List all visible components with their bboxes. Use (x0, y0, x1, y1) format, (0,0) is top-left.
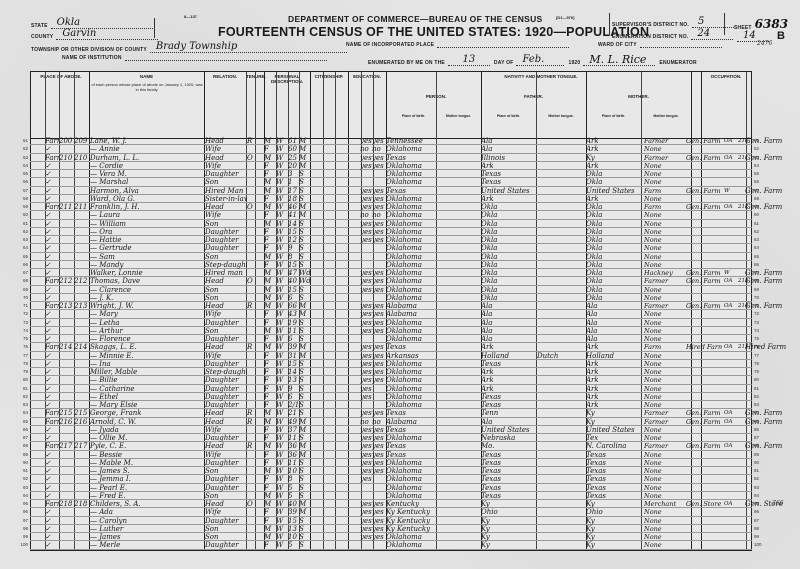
cell-marital: M (299, 211, 310, 219)
cell-street: ✓ (45, 525, 59, 533)
line-number-right: 93 (754, 485, 759, 490)
cell-age: 18 (288, 195, 299, 203)
cell-occupation: None (644, 376, 684, 384)
cell-read: yes (360, 467, 372, 475)
line-number-right: 78 (754, 361, 759, 366)
cell-race: W (276, 277, 287, 285)
cell-sex: M (264, 500, 275, 508)
cell-street: ✓ (45, 294, 59, 302)
cell-street: ✓ (45, 533, 59, 541)
cell-sex: M (264, 409, 275, 417)
cell-race: W (276, 459, 287, 467)
cell-relation: Son (205, 492, 247, 500)
line-number: 52 (14, 146, 28, 151)
cell-sex: F (264, 211, 275, 219)
cell-dwelling: 215 (59, 409, 73, 417)
cell-street: ✓ (45, 517, 59, 525)
cell-marital: S (299, 187, 310, 195)
line-number: 60 (14, 212, 28, 217)
cell-read: yes (360, 319, 372, 327)
cell-occupation: Farmer (644, 277, 684, 285)
line-number: 51 (14, 138, 28, 143)
cell-street: ✓ (45, 360, 59, 368)
form-code: [D1—976] (556, 15, 574, 20)
cell-name: — Arthur (90, 327, 202, 335)
cell-mother-bp: Tex (586, 434, 638, 442)
cell-race: W (276, 508, 287, 516)
line-number: 74 (14, 328, 28, 333)
cell-sex: F (264, 385, 275, 393)
cell-marital: Wd (299, 269, 310, 277)
cell-read: yes (360, 442, 372, 450)
cell-race: W (276, 434, 287, 442)
cell-read: yes (360, 451, 372, 459)
cell-occupation: None (644, 253, 684, 261)
sheet-bracket (724, 13, 725, 35)
person-birth-header: Place of birth. (391, 114, 436, 118)
cell-marital: S (299, 525, 310, 533)
line-number: 79 (14, 369, 28, 374)
cell-father-tongue: Dutch (537, 352, 583, 360)
cell-name: — Minnie E. (90, 352, 202, 360)
cell-employer: OA (724, 343, 736, 351)
cell-tenure: R (247, 343, 256, 351)
cell-family: 213 (74, 302, 88, 310)
cell-street: ✓ (45, 484, 59, 492)
cell-name: Childers, S. A. (90, 500, 202, 508)
cell-relation: Son (205, 220, 247, 228)
cell-sex: M (264, 442, 275, 450)
cell-father-bp: Ark (481, 368, 533, 376)
census-sheet: STATE Okla COUNTY Garvin TOWNSHIP OR OTH… (0, 0, 800, 569)
cell-age: 19 (288, 319, 299, 327)
cell-name: — Ollie M. (90, 434, 202, 442)
cell-marital: S (299, 360, 310, 368)
cell-mother-bp: Okla (586, 286, 638, 294)
cell-sex: F (264, 475, 275, 483)
line-number: 62 (14, 229, 28, 234)
cell-marital: M (299, 508, 310, 516)
cell-industry: Gen. Farm (686, 269, 722, 277)
cell-write: yes (372, 409, 384, 417)
cell-race: W (276, 442, 287, 450)
cell-birthplace: Arkansas (386, 352, 434, 360)
cell-age: 15 (288, 286, 299, 294)
cell-sex: F (264, 261, 275, 269)
cell-father-bp: Ala (481, 302, 533, 310)
cell-name: — Annie (90, 145, 202, 153)
cell-street: ✓ (45, 401, 59, 409)
cell-age: 17 (288, 187, 299, 195)
cell-age: 10 (288, 533, 299, 541)
father-birth-header: Place of birth. (481, 114, 536, 118)
cell-marital: S (299, 228, 310, 236)
sheet-number-field: 14 B (737, 30, 785, 42)
cell-name: — Catharine (90, 385, 202, 393)
cell-occupation: None (644, 261, 684, 269)
cell-mother-bp: N. Carolina (586, 442, 638, 450)
enumerator-name: M. L. Rice (583, 55, 655, 66)
cell-read: yes (360, 352, 372, 360)
line-number: 87 (14, 435, 28, 440)
cell-industry: Gen. Farm (686, 277, 722, 285)
cell-father-bp: Texas (481, 475, 533, 483)
cell-tenure: O (247, 277, 256, 285)
cell-marital: S (299, 533, 310, 541)
cell-industry: Gen. Farm (745, 187, 782, 195)
cell-mother-bp: Ark (586, 385, 638, 393)
cell-birthplace: Oklahoma (386, 211, 434, 219)
cell-birthplace: Oklahoma (386, 145, 434, 153)
cell-birthplace: Texas (386, 187, 434, 195)
group-education: EDUCATION. (348, 74, 386, 79)
line-number: 80 (14, 377, 28, 382)
line-number: 85 (14, 419, 28, 424)
cell-street: ✓ (45, 475, 59, 483)
cell-occupation: None (644, 434, 684, 442)
enumerated-field: ENUMERATED BY ME ON THE 13 DAY OF Feb. 1… (368, 55, 700, 66)
group-personal: PERSONAL DESCRIPTION. (264, 74, 310, 84)
cell-street: ✓ (45, 352, 59, 360)
line-number-right: 92 (754, 476, 759, 481)
form-number: 8—137 (184, 14, 197, 19)
cell-mother-bp: Holland (586, 352, 638, 360)
cell-birthplace: Oklahoma (386, 170, 434, 178)
line-number: 84 (14, 410, 28, 415)
cell-employer: OA (724, 409, 736, 417)
cell-race: W (276, 253, 287, 261)
cell-father-bp: Ala (481, 145, 533, 153)
cell-name: Miller, Mable (90, 368, 202, 376)
cell-marital: S (299, 467, 310, 475)
group-name-sub: of each person whose place of abode on J… (91, 82, 203, 92)
mother-tongue-header: Mother tongue. (641, 114, 691, 118)
cell-street: ✓ (45, 261, 59, 269)
cell-street: Farm (45, 277, 59, 285)
cell-race: W (276, 525, 287, 533)
cell-marital: S (299, 368, 310, 376)
cell-occupation: None (644, 368, 684, 376)
cell-marital: S (299, 319, 310, 327)
cell-name: Pyle, C. E. (90, 442, 202, 450)
line-number-right: 90 (754, 460, 759, 465)
line-number-right: 54 (754, 163, 759, 168)
cell-name: — Mary (90, 310, 202, 318)
cell-age: 46 (288, 203, 299, 211)
cell-sex: M (264, 154, 275, 162)
cell-tenure: R (247, 442, 256, 450)
cell-occupation: None (644, 541, 684, 549)
cell-age: 9 (288, 385, 299, 393)
line-number: 57 (14, 188, 28, 193)
line-number-right: 70 (754, 295, 759, 300)
cell-age: 5 (288, 541, 299, 549)
cell-sex: F (264, 401, 275, 409)
cell-mother-bp: Ark (586, 401, 638, 409)
cell-relation: Son (205, 533, 247, 541)
cell-write: yes (372, 195, 384, 203)
cell-father-bp: Ky (481, 517, 533, 525)
cell-mother-bp: United States (586, 426, 638, 434)
cell-dwelling: 216 (59, 418, 73, 426)
cell-street: ✓ (45, 492, 59, 500)
cell-marital: S (299, 178, 310, 186)
cell-sex: F (264, 335, 275, 343)
cell-father-bp: Texas (481, 393, 533, 401)
cell-street: ✓ (45, 393, 59, 401)
cell-age: 25 (288, 154, 299, 162)
cell-race: W (276, 310, 287, 318)
cell-age: 40 (288, 277, 299, 285)
line-number: 83 (14, 402, 28, 407)
line-number-right: 79 (754, 369, 759, 374)
enumeration-value: 24 (691, 29, 733, 40)
sheet-number: 14 (737, 31, 769, 42)
cell-name: Skaggs, L. E. (90, 343, 202, 351)
line-number-right: 100 (754, 542, 762, 547)
cell-occupation: Farmer (644, 302, 684, 310)
cell-sex: M (264, 187, 275, 195)
line-number-right: 96 (754, 509, 759, 514)
cell-marital: S (299, 170, 310, 178)
cell-name: Lane, W. J. (90, 137, 202, 145)
cell-write: yes (372, 500, 384, 508)
cell-marital: S (299, 459, 310, 467)
cell-mother-bp: Ark (586, 368, 638, 376)
cell-age: 15 (288, 517, 299, 525)
cell-age: 1 (288, 178, 299, 186)
cell-name: Thomas, Dave (90, 277, 202, 285)
cell-family: 215 (74, 409, 88, 417)
cell-mother-bp: Ky (586, 500, 638, 508)
cell-father-bp: Ala (481, 335, 533, 343)
cell-read: yes (360, 154, 372, 162)
cell-father-bp: Texas (481, 492, 533, 500)
cell-occupation: None (644, 178, 684, 186)
enumerator-label: ENUMERATOR (659, 60, 696, 66)
cell-occupation: None (644, 467, 684, 475)
cell-age: 66 (288, 302, 299, 310)
cell-relation: Daughter (205, 170, 247, 178)
cell-write: yes (372, 327, 384, 335)
cell-father-bp: Okla (481, 286, 533, 294)
county-label: COUNTY (31, 34, 53, 40)
cell-birthplace: Oklahoma (386, 178, 434, 186)
enumerated-month: Feb. (516, 55, 564, 66)
cell-marital: M (299, 352, 310, 360)
cell-mother-bp: Ky (586, 418, 638, 426)
incorporated-field: NAME OF INCORPORATED PLACE (346, 42, 569, 48)
cell-occupation: None (644, 236, 684, 244)
cell-relation: Daughter (205, 335, 247, 343)
cell-relation: Head (205, 154, 247, 162)
cell-age: 8 (288, 253, 299, 261)
cell-birthplace: Texas (386, 451, 434, 459)
cell-occupation: None (644, 211, 684, 219)
line-number: 53 (14, 155, 28, 160)
ward-field: WARD OF CITY (598, 42, 722, 48)
cell-relation: Daughter (205, 475, 247, 483)
cell-sex: F (264, 145, 275, 153)
cell-name: — Cordie (90, 162, 202, 170)
line-number: 58 (14, 196, 28, 201)
cell-age: 40 (288, 500, 299, 508)
cell-relation: Head (205, 203, 247, 211)
cell-race: W (276, 319, 287, 327)
cell-write: no (372, 211, 384, 219)
cell-read: yes (360, 475, 372, 483)
cell-sex: F (264, 319, 275, 327)
cell-father-bp: Texas (481, 459, 533, 467)
line-number: 96 (14, 509, 28, 514)
line-number: 97 (14, 518, 28, 523)
line-number: 100 (14, 542, 28, 547)
cell-write: yes (372, 343, 384, 351)
cell-father-bp: Okla (481, 253, 533, 261)
cell-farm: 214 (738, 302, 752, 310)
line-number: 65 (14, 254, 28, 259)
cell-birthplace: Oklahoma (386, 401, 434, 409)
cell-street: ✓ (45, 236, 59, 244)
cell-sex: M (264, 294, 275, 302)
cell-race: W (276, 475, 287, 483)
cell-occupation: Farmer (644, 154, 684, 162)
cell-name: — Ethel (90, 393, 202, 401)
cell-father-bp: Texas (481, 170, 533, 178)
cell-read: no (360, 211, 372, 219)
cell-marital: M (299, 145, 310, 153)
cell-sex: M (264, 327, 275, 335)
cell-age: 43 (288, 310, 299, 318)
cell-father-bp: Holland (481, 352, 533, 360)
cell-employer: OA (724, 418, 736, 426)
cell-father-bp: Ky (481, 500, 533, 508)
cell-race: W (276, 352, 287, 360)
cell-mother-bp: Ky (586, 517, 638, 525)
cell-farm: 215 (738, 343, 752, 351)
cell-marital: S (299, 294, 310, 302)
cell-occupation: None (644, 145, 684, 153)
cell-birthplace: Oklahoma (386, 244, 434, 252)
cell-birthplace: Oklahoma (386, 220, 434, 228)
cell-occupation: None (644, 286, 684, 294)
cell-father-bp: Ark (481, 376, 533, 384)
cell-mother-bp: Ark (586, 162, 638, 170)
cell-mother-bp: Texas (586, 459, 638, 467)
cell-marital: S (299, 409, 310, 417)
cell-occupation: Farmer (644, 137, 684, 145)
cell-name: Ward, Ola G. (90, 195, 202, 203)
cell-mother-bp: Texas (586, 492, 638, 500)
cell-occupation: None (644, 426, 684, 434)
cell-street: ✓ (45, 220, 59, 228)
cell-relation: Son (205, 525, 247, 533)
cell-marital: S (299, 220, 310, 228)
cell-name: — Mandy (90, 261, 202, 269)
cell-birthplace: Oklahoma (386, 203, 434, 211)
cell-street: ✓ (45, 459, 59, 467)
cell-sex: M (264, 253, 275, 261)
cell-birthplace: Oklahoma (386, 360, 434, 368)
cell-age: 14 (288, 220, 299, 228)
cell-marital: S (299, 236, 310, 244)
cell-father-bp: Okla (481, 294, 533, 302)
cell-mother-bp: Okla (586, 236, 638, 244)
cell-marital: M (299, 418, 310, 426)
cell-write: yes (372, 236, 384, 244)
cell-birthplace: Oklahoma (386, 434, 434, 442)
cell-father-bp: Ark (481, 343, 533, 351)
cell-marital: S (299, 195, 310, 203)
cell-race: W (276, 145, 287, 153)
line-number-right: 99 (754, 534, 759, 539)
cell-occupation: Farmer (644, 442, 684, 450)
cell-street: ✓ (45, 253, 59, 261)
cell-birthplace: Oklahoma (386, 533, 434, 541)
cell-race: W (276, 162, 287, 170)
cell-father-bp: Ala (481, 137, 533, 145)
cell-occupation: None (644, 327, 684, 335)
cell-read: yes (360, 459, 372, 467)
cell-race: W (276, 467, 287, 475)
cell-industry: Gen. Farm (686, 302, 722, 310)
cell-marital: M (299, 500, 310, 508)
cell-write: yes (372, 302, 384, 310)
cell-occupation: None (644, 294, 684, 302)
line-number-right: 91 (754, 468, 759, 473)
cell-occupation: None (644, 195, 684, 203)
cell-name: — Carolyn (90, 517, 202, 525)
cell-read: yes (360, 393, 372, 401)
cell-family: 211 (74, 203, 88, 211)
cell-name: — James S. (90, 467, 202, 475)
cell-relation: Son (205, 286, 247, 294)
line-number: 95 (14, 501, 28, 506)
cell-mother-bp: Ala (586, 302, 638, 310)
cell-age: 39 (288, 508, 299, 516)
cell-relation: Head (205, 302, 247, 310)
line-number-right: 64 (754, 245, 759, 250)
cell-age: 6 (288, 393, 299, 401)
cell-age: 21 (288, 409, 299, 417)
line-number: 94 (14, 493, 28, 498)
cell-occupation: None (644, 310, 684, 318)
cell-mother-bp: Ky (586, 541, 638, 549)
cell-marital: S (299, 475, 310, 483)
cell-sex: M (264, 137, 275, 145)
cell-read: yes (360, 508, 372, 516)
cell-relation: Daughter (205, 541, 247, 549)
cell-race: W (276, 426, 287, 434)
cell-name: — Ada (90, 508, 202, 516)
cell-birthplace: Oklahoma (386, 368, 434, 376)
cell-mother-bp: Okla (586, 211, 638, 219)
cell-age: 15 (288, 261, 299, 269)
cell-industry: Gen. Farm (686, 137, 722, 145)
cell-age: 49 (288, 418, 299, 426)
cell-marital: S (299, 327, 310, 335)
cell-name: Durham, L. L. (90, 154, 202, 162)
cell-race: W (276, 228, 287, 236)
cell-street: ✓ (45, 451, 59, 459)
group-place-of-abode: PLACE OF ABODE. (33, 74, 89, 79)
cell-relation: Wife (205, 451, 247, 459)
cell-mother-bp: Ark (586, 376, 638, 384)
cell-sex: F (264, 484, 275, 492)
cell-father-bp: Ala (481, 319, 533, 327)
cell-write: yes (372, 459, 384, 467)
cell-race: W (276, 211, 287, 219)
